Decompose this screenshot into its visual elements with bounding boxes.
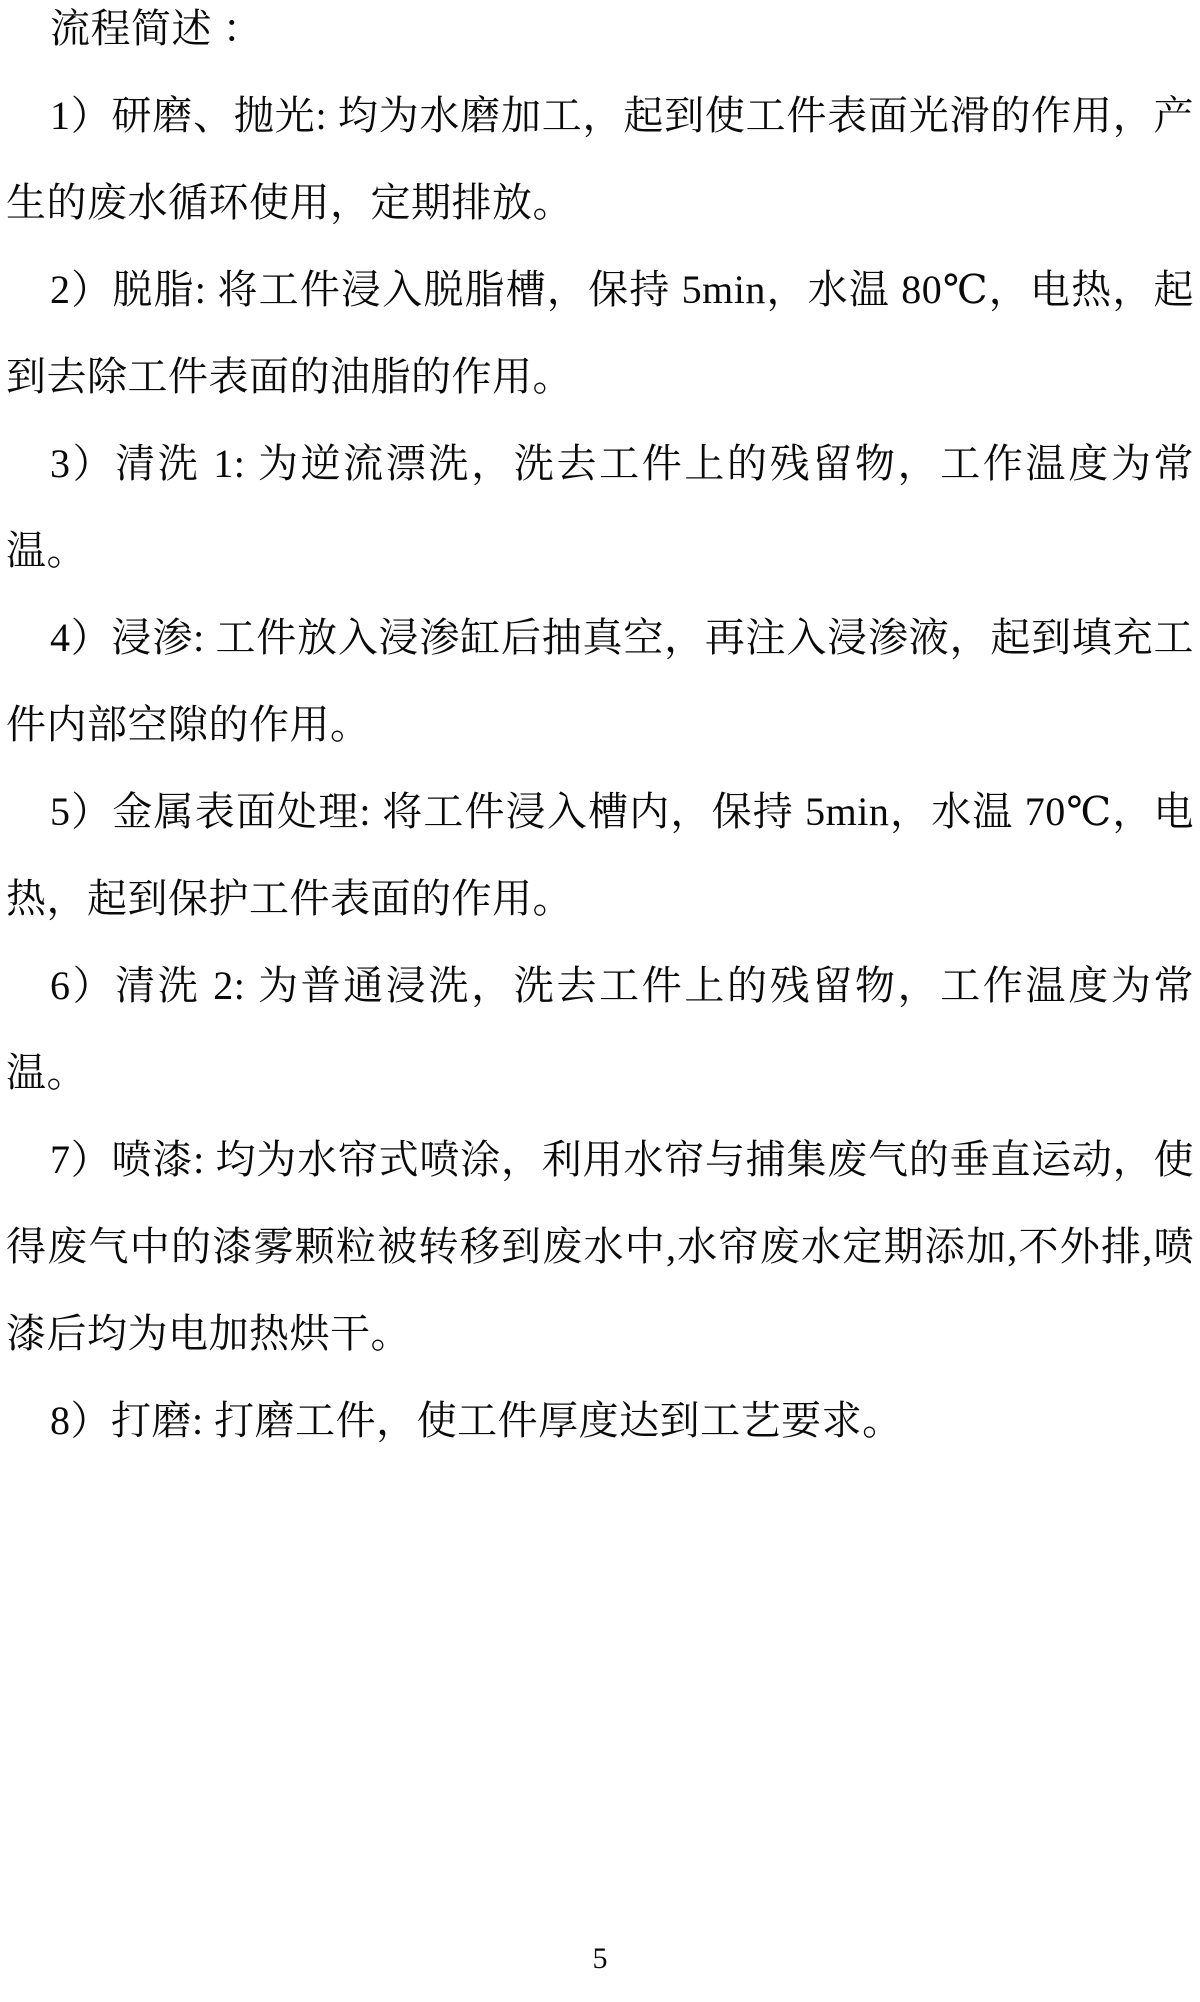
- paragraph-step-1-grinding-polishing: 1）研磨、抛光: 均为水磨加工，起到使工件表面光滑的作用，产生的废水循环使用，定…: [6, 72, 1194, 246]
- paragraph-step-6-cleaning-2: 6）清洗 2: 为普通浸洗，洗去工件上的残留物，工作温度为常温。: [6, 942, 1194, 1116]
- paragraph-step-4-impregnation: 4）浸渗: 工件放入浸渗缸后抽真空，再注入浸渗液，起到填充工件内部空隙的作用。: [6, 594, 1194, 768]
- paragraph-step-7-spray-painting: 7）喷漆: 均为水帘式喷涂，利用水帘与捕集废气的垂直运动，使得废气中的漆雾颗粒被…: [6, 1116, 1194, 1377]
- page-number: 5: [0, 1944, 1200, 1974]
- document-page: 流程简述 ： 1）研磨、抛光: 均为水磨加工，起到使工件表面光滑的作用，产生的废…: [0, 0, 1200, 2002]
- document-body: 流程简述 ： 1）研磨、抛光: 均为水磨加工，起到使工件表面光滑的作用，产生的废…: [0, 0, 1200, 1464]
- paragraph-step-3-cleaning-1: 3）清洗 1: 为逆流漂洗，洗去工件上的残留物，工作温度为常温。: [6, 420, 1194, 594]
- paragraph-step-2-degreasing: 2）脱脂: 将工件浸入脱脂槽，保持 5min，水温 80℃，电热，起到去除工件表…: [6, 246, 1194, 420]
- paragraph-process-heading: 流程简述 ：: [6, 0, 1194, 72]
- paragraph-step-5-metal-surface-treatment: 5）金属表面处理: 将工件浸入槽内，保持 5min，水温 70℃，电热，起到保护…: [6, 768, 1194, 942]
- paragraph-step-8-sanding: 8）打磨: 打磨工件，使工件厚度达到工艺要求。: [6, 1377, 1194, 1464]
